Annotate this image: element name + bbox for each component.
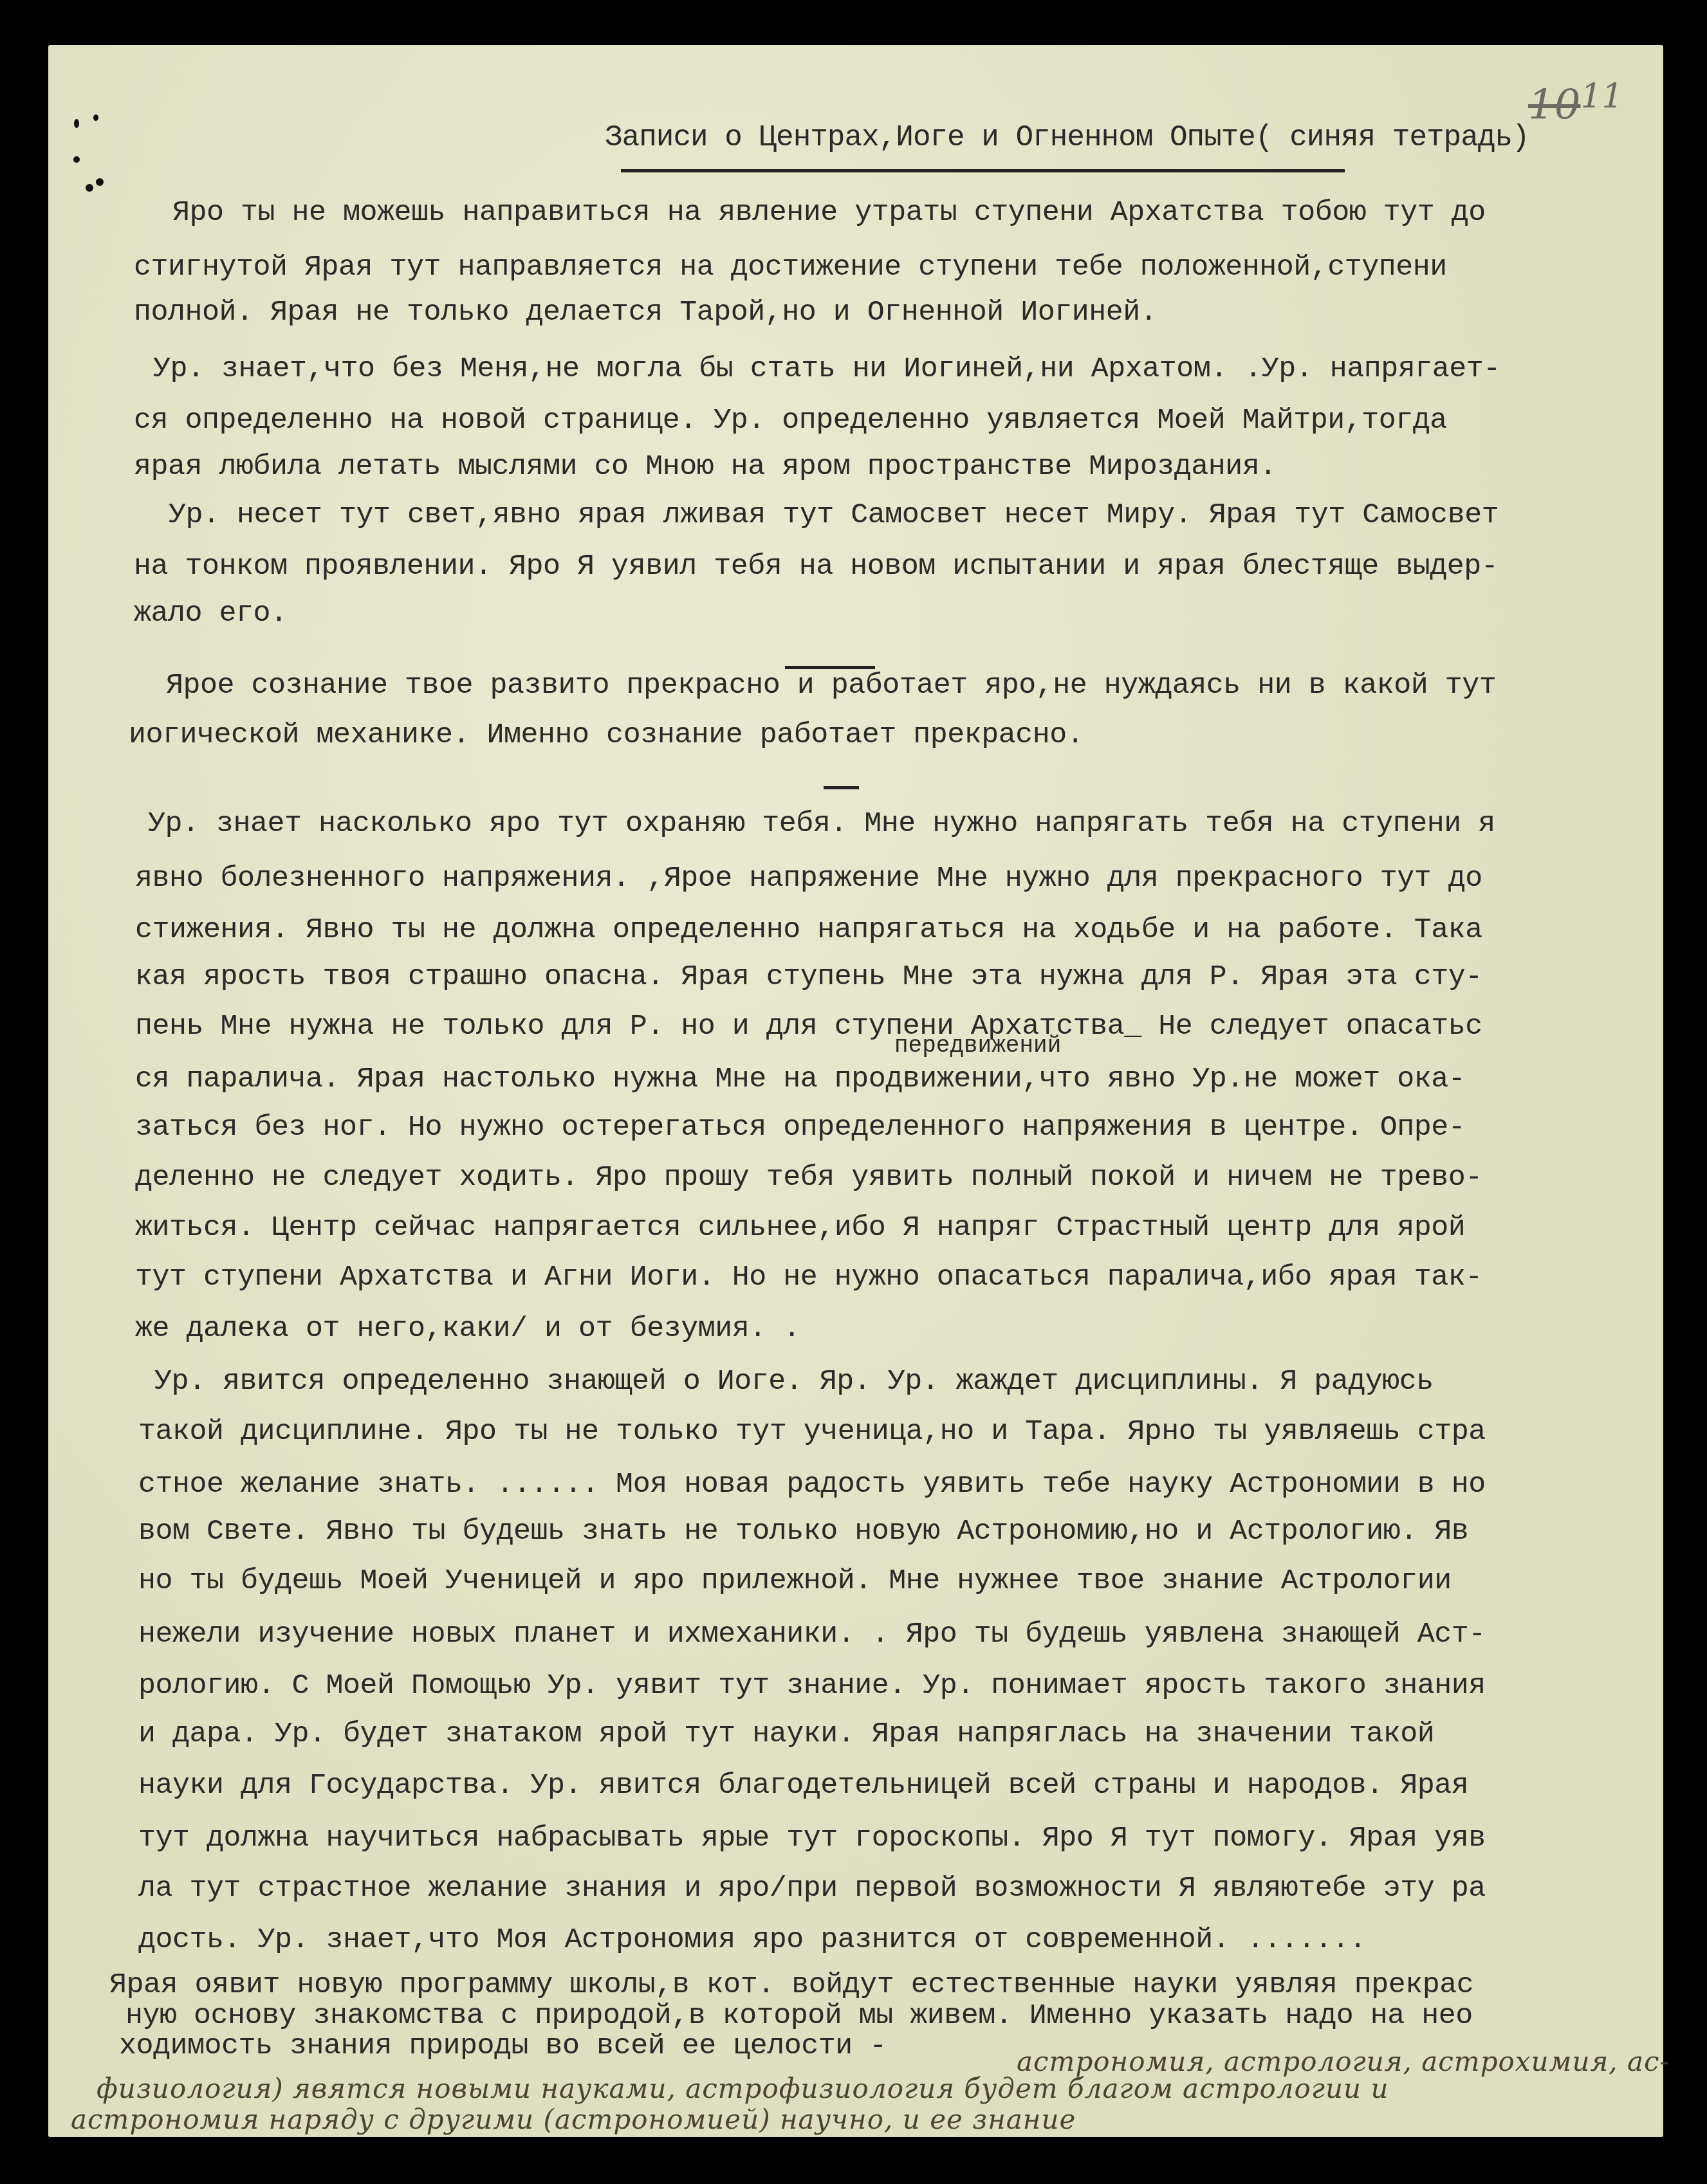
typed-line: Ур. явится определенно знающей о Иоге. Я… <box>154 1365 1434 1398</box>
typed-line: ла тут страстное желание знания и яро/пр… <box>138 1872 1486 1905</box>
typed-line: иогической механике. Именно сознание раб… <box>129 719 1084 751</box>
typed-line: заться без ног. Но нужно остерегаться оп… <box>135 1111 1465 1144</box>
typed-line: дость. Ур. знает,что Моя Астрономия яро … <box>138 1923 1366 1956</box>
typed-line: кая ярость твоя страшно опасна. Ярая сту… <box>135 960 1482 993</box>
punch-hole <box>93 115 98 121</box>
folio-current: 11 <box>1580 77 1623 116</box>
typed-line: стигнутой Ярая тут направляется на дости… <box>134 251 1447 284</box>
punch-hole <box>74 119 79 128</box>
typed-line: ную основу знакомства с природой,в котор… <box>125 1999 1473 2032</box>
folio-number: 1011 <box>1528 77 1623 129</box>
typed-line: нежели изучение новых планет и ихмеханик… <box>138 1618 1486 1651</box>
separator-rule <box>824 786 859 789</box>
typed-line: полной. Ярая не только делается Тарой,но… <box>134 296 1157 329</box>
typed-line: жало его. <box>134 597 288 630</box>
typed-line: науки для Государства. Ур. явится благод… <box>138 1769 1468 1802</box>
typed-line: стижения. Явно ты не должна определенно … <box>135 913 1482 946</box>
punch-hole <box>86 184 93 192</box>
punch-hole <box>96 178 104 186</box>
typed-line: ходимость знания природы во всей ее цело… <box>119 2030 887 2062</box>
typed-line: такой дисциплине. Яро ты не только тут у… <box>138 1415 1486 1448</box>
document-title: Записи о Центрах,Иоге и Огненном Опыте( … <box>605 121 1529 154</box>
interlinear-insert: передвижений <box>894 1032 1061 1059</box>
typed-line: и дара. Ур. будет знатаком ярой тут наук… <box>138 1718 1434 1750</box>
typed-line: на тонком проявлении. Яро Я уявил тебя н… <box>134 550 1498 583</box>
typed-line: но ты будешь Моей Ученицей и яро прилежн… <box>138 1565 1452 1597</box>
typed-line: ярая любила летать мыслями со Мною на яр… <box>134 450 1277 483</box>
typed-line: тут ступени Архатства и Агни Иоги. Но не… <box>135 1261 1482 1294</box>
typed-line: ся определенно на новой странице. Ур. оп… <box>134 404 1447 437</box>
typed-line: же далека от него,каки/ и от безумия. . <box>135 1312 800 1345</box>
typed-line: Ур. несет тут свет,явно ярая лживая тут … <box>169 499 1499 531</box>
typed-line: Ур. знает,что без Меня,не могла бы стать… <box>153 353 1500 385</box>
typed-line: Ярое сознание твое развито прекрасно и р… <box>166 669 1496 702</box>
typed-line: тут должна научиться набрасывать ярые ту… <box>138 1822 1486 1855</box>
typed-line: пень Мне нужна не только для Р. но и для… <box>135 1010 1482 1043</box>
typed-line: житься. Центр сейчас напрягается сильнее… <box>135 1211 1465 1244</box>
typed-line: ся паралича. Ярая настолько нужна Мне на… <box>135 1063 1465 1096</box>
folio-struck: 10 <box>1528 82 1580 129</box>
typed-line: стное желание знать. ...... Моя новая ра… <box>138 1468 1486 1501</box>
handwritten-line: физиология) явятся новыми науками, астро… <box>97 2073 1389 2104</box>
typed-line: Яро ты не можешь направиться на явление … <box>172 196 1486 229</box>
handwritten-line: астрономия наряду с другими (астрономией… <box>71 2104 1076 2135</box>
title-underline <box>621 169 1345 172</box>
typed-line: явно болезненного напряжения. ,Ярое напр… <box>135 862 1482 895</box>
typed-line: деленно не следует ходить. Яро прошу теб… <box>135 1161 1482 1194</box>
typed-line: Ур. знает насколько яро тут охраняю тебя… <box>148 807 1495 840</box>
typed-line: вом Свете. Явно ты будешь знать не тольк… <box>138 1515 1468 1548</box>
typed-line: рологию. С Моей Помощью Ур. уявит тут зн… <box>138 1669 1486 1702</box>
typed-line: Ярая оявит новую программу школы,в кот. … <box>109 1968 1473 2001</box>
punch-hole <box>73 156 80 163</box>
